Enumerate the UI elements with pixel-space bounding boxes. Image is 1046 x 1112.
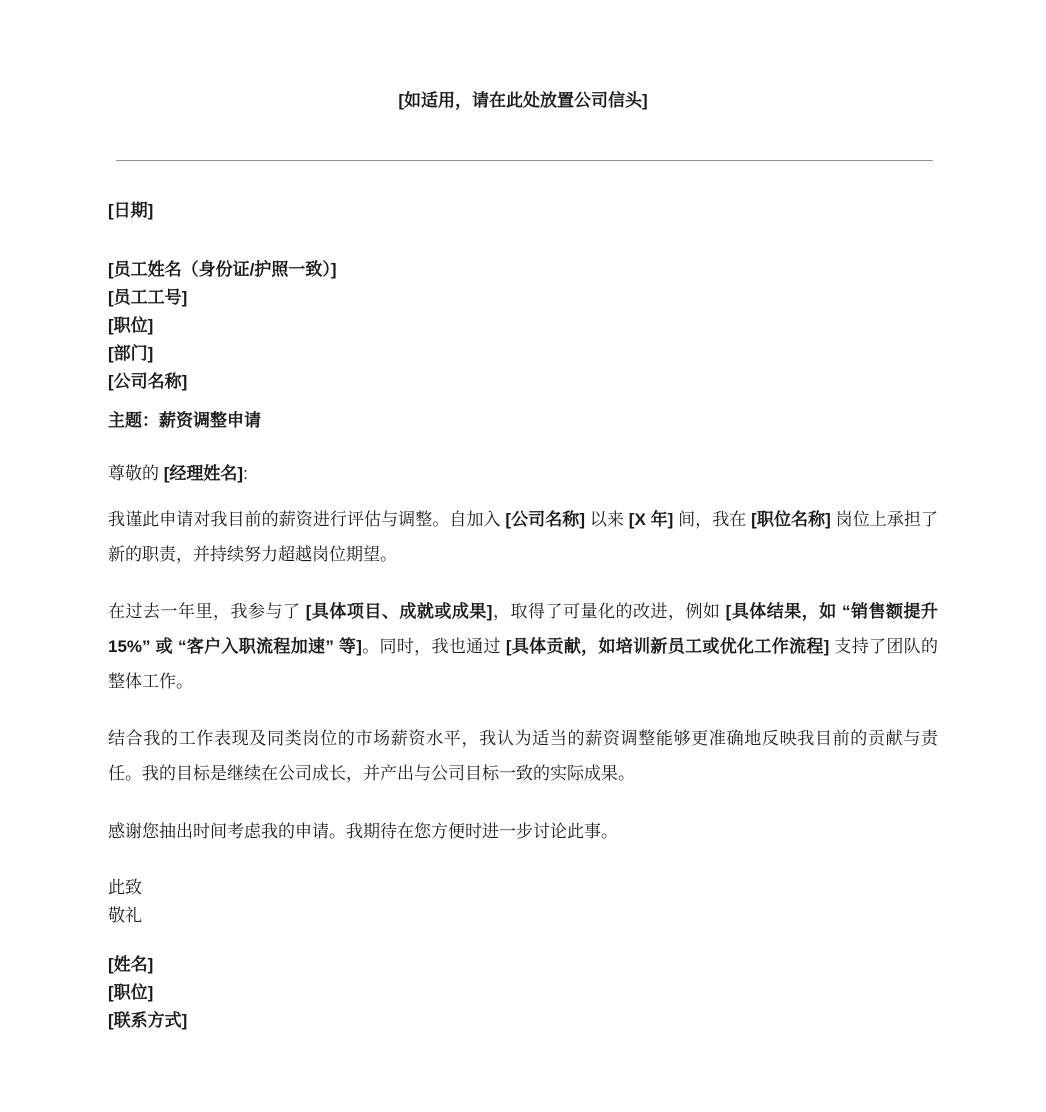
salutation-line: 尊敬的 [经理姓名]: xyxy=(108,456,938,491)
text-line: 此致 xyxy=(108,874,938,902)
body-paragraph-4: 感谢您抽出时间考虑我的申请。我期待在您方便时进一步讨论此事。 xyxy=(108,814,938,849)
text-run: : xyxy=(243,464,248,483)
text-run: ，取得了可量化的改进，例如 xyxy=(492,602,725,621)
subject-line: 主题：薪资调整申请 xyxy=(108,407,938,435)
text-line: [部门] xyxy=(108,340,938,368)
placeholder-field: [经理姓名] xyxy=(164,464,243,483)
text-run: 我谨此申请对我目前的薪资进行评估与调整。自加入 xyxy=(108,510,505,529)
text-run: 间，我在 xyxy=(673,510,751,529)
placeholder-field: [职位名称] xyxy=(751,510,831,529)
text-line: [姓名] xyxy=(108,951,938,979)
text-run: 以来 xyxy=(585,510,629,529)
text-run: 。同时，我也通过 xyxy=(362,637,506,656)
text-line: [职位] xyxy=(108,312,938,340)
body-paragraph-1: 我谨此申请对我目前的薪资进行评估与调整。自加入 [公司名称] 以来 [X 年] … xyxy=(108,502,938,572)
letterhead-note: [如适用，请在此处放置公司信头] xyxy=(108,87,938,115)
placeholder-field: [具体项目、成就或成果] xyxy=(306,602,493,621)
date-line: [日期] xyxy=(108,197,938,225)
text-line: [公司名称] xyxy=(108,368,938,396)
letter-body: [如适用，请在此处放置公司信头] [日期] [员工姓名（身份证/护照一致）][员… xyxy=(108,0,938,1105)
text-line: [员工姓名（身份证/护照一致）] xyxy=(108,256,938,284)
body-paragraph-2: 在过去一年里，我参与了 [具体项目、成就或成果]，取得了可量化的改进，例如 [具… xyxy=(108,594,938,699)
placeholder-field: [公司名称] xyxy=(505,510,585,529)
document-page: { "colors": { "bg": "#ffffff", "text": "… xyxy=(0,0,1046,1112)
closing-block: 此致敬礼 xyxy=(108,874,938,930)
recipient-block: [员工姓名（身份证/护照一致）][员工工号][职位][部门][公司名称] xyxy=(108,256,938,396)
text-line: 敬礼 xyxy=(108,902,938,930)
text-run: 感谢您抽出时间考虑我的申请。我期待在您方便时进一步讨论此事。 xyxy=(108,822,618,841)
body-paragraph-3: 结合我的工作表现及同类岗位的市场薪资水平，我认为适当的薪资调整能够更准确地反映我… xyxy=(108,721,938,791)
text-line: [职位] xyxy=(108,979,938,1007)
divider-rule xyxy=(116,160,933,161)
text-run: 尊敬的 xyxy=(108,464,164,483)
placeholder-field: [X 年] xyxy=(629,510,674,529)
placeholder-field: [具体贡献，如培训新员工或优化工作流程] xyxy=(506,637,829,656)
text-line: [联系方式] xyxy=(108,1007,938,1035)
text-line: [员工工号] xyxy=(108,284,938,312)
text-run: 结合我的工作表现及同类岗位的市场薪资水平，我认为适当的薪资调整能够更准确地反映我… xyxy=(108,729,938,783)
text-run: 在过去一年里，我参与了 xyxy=(108,602,306,621)
signature-block: [姓名][职位][联系方式] xyxy=(108,951,938,1035)
